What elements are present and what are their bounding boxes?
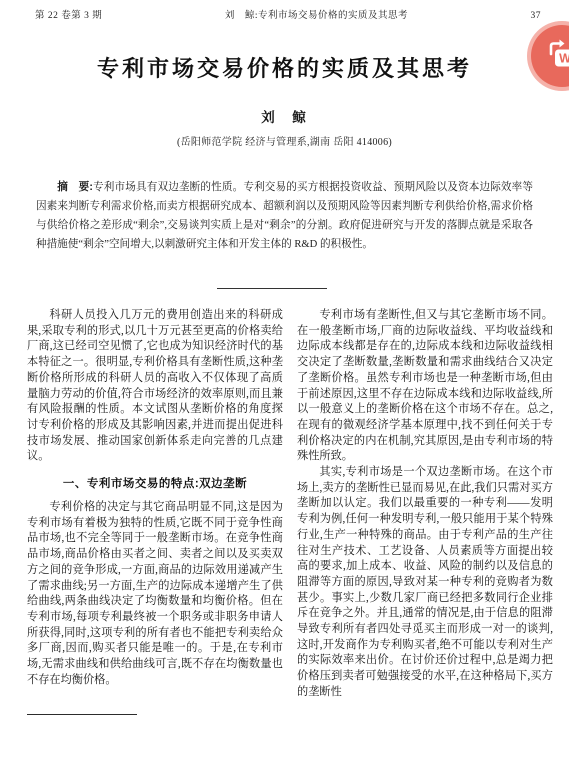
author-affiliation: (岳阳师范学院 经济与管理系,湖南 岳阳 414006) [0,133,569,148]
abstract-text: 专利市场具有双边垄断的性质。专利交易的买方根据投资收益、预期风险以及资本边际效率… [36,182,533,250]
word-letter: W [559,51,569,65]
left-paragraph-1: 科研人员投入几万元的费用创造出来的科研成果,采取专利的形式,以几十万元甚至更高的… [27,308,283,465]
left-paragraph-2: 专利价格的决定与其它商品明显不同,这是因为专利市场有着极为独特的性质,它既不同于… [27,500,283,688]
header-running-title: 刘 鲸:专利市场交易价格的实质及其思考 [102,7,530,21]
author-name: 刘 鲸 [0,106,569,126]
header-volume-issue: 第 22 卷第 3 期 [35,7,102,21]
abstract-label: 摘 要: [57,181,93,193]
right-paragraph-1: 专利市场有垄断性,但又与其它垄断市场不同。在一般垄断市场,厂商的边际收益线、平均… [297,308,553,465]
right-column: 专利市场有垄断性,但又与其它垄断市场不同。在一般垄断市场,厂商的边际收益线、平均… [297,308,553,715]
abstract: 摘 要:专利市场具有双边垄断的性质。专利交易的买方根据投资收益、预期风险以及资本… [36,178,533,254]
abstract-divider-rule [217,288,327,289]
article-body: 科研人员投入几万元的费用创造出来的科研成果,采取专利的形式,以几十万元甚至更高的… [0,308,569,715]
word-convert-icon: W [543,36,569,77]
right-paragraph-2: 其实,专利市场是一个双边垄断市场。在这个市场上,卖方的垄断性已显而易见,在此,我… [297,465,553,701]
header-page-number: 37 [531,11,542,21]
footnote-rule [27,714,137,715]
section-heading-1: 一、专利市场交易的特点:双边垄断 [27,475,283,491]
paper-page: 第 22 卷第 3 期 刘 鲸:专利市场交易价格的实质及其思考 37 专利市场交… [0,0,569,772]
left-column: 科研人员投入几万元的费用创造出来的科研成果,采取专利的形式,以几十万元甚至更高的… [27,308,283,715]
running-header: 第 22 卷第 3 期 刘 鲸:专利市场交易价格的实质及其思考 37 [35,7,541,21]
